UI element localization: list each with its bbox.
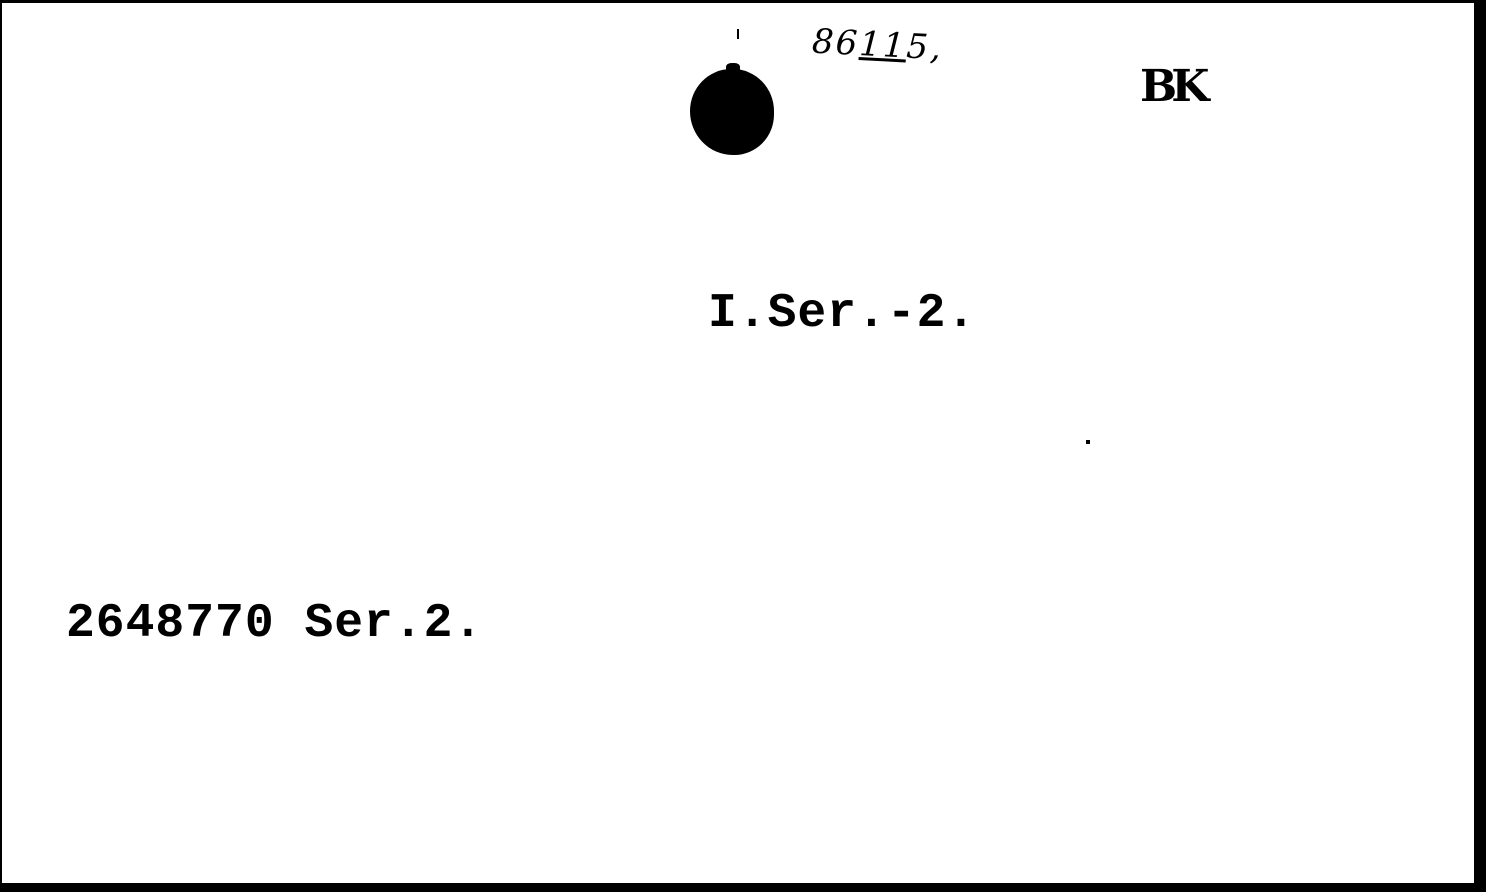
- handwritten-underlined: 11: [858, 24, 907, 66]
- handwritten-accession-number: 86115,: [811, 22, 944, 69]
- handwritten-prefix: 86: [811, 22, 860, 64]
- handwritten-suffix: 5,: [905, 27, 943, 69]
- index-card: 86115, BK I.Ser.-2. 2648770 Ser.2.: [2, 3, 1478, 886]
- ink-speck: [1086, 440, 1090, 444]
- punch-hole: [690, 69, 774, 155]
- series-heading: I.Ser.-2.: [708, 287, 976, 341]
- pencil-mark: [737, 29, 739, 39]
- stamp-initials: BK: [1140, 61, 1203, 112]
- call-number: 2648770 Ser.2.: [66, 597, 483, 651]
